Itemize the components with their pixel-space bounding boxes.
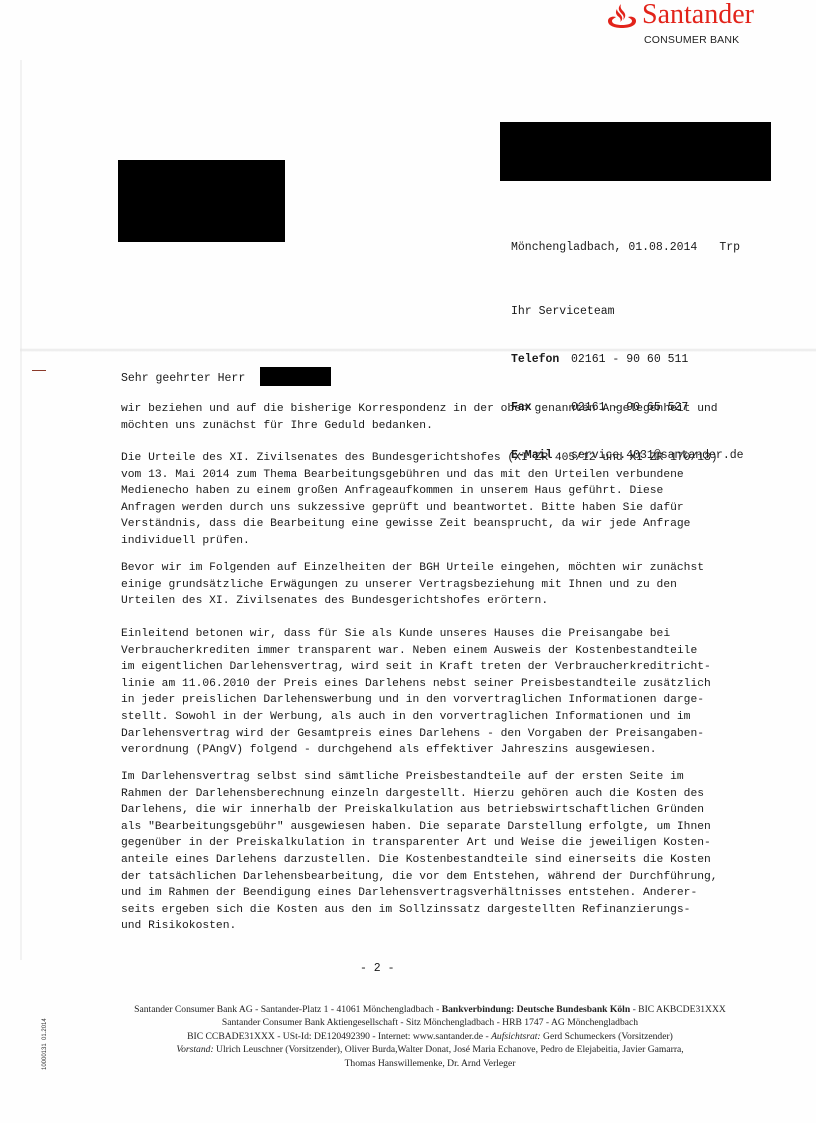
text-line: Die Urteile des XI. Zivilsenates des Bun…	[121, 450, 801, 467]
text-line: Medienecho haben zu einem großen Anfrage…	[121, 483, 801, 500]
page-number: - 2 -	[360, 962, 395, 975]
contact-phone: Telefon02161 - 90 60 511	[511, 352, 744, 368]
text-line: einige grundsätzliche Erwägungen zu unse…	[121, 577, 801, 594]
footer-label: Vorstand:	[176, 1044, 213, 1055]
paragraph-3: Bevor wir im Folgenden auf Einzelheiten …	[121, 560, 801, 610]
text-line: Im Darlehensvertrag selbst sind sämtlich…	[121, 769, 801, 786]
text-line: stellt. Sowohl in der Werbung, als auch …	[121, 709, 801, 726]
footer-line-4: Vorstand: Ulrich Leuschner (Vorsitzender…	[100, 1043, 760, 1056]
text-line: Einleitend betonen wir, dass für Sie als…	[121, 626, 801, 643]
footer-line-3: BIC CCBADE31XXX - USt-Id: DE120492390 - …	[100, 1030, 760, 1043]
text-line: der tatsächlichen Darlehensbearbeitung, …	[121, 869, 801, 886]
reference-code: Trp	[719, 240, 740, 256]
text-line: Urteilen des XI. Zivilsenates des Bundes…	[121, 593, 801, 610]
place-date: Mönchengladbach, 01.08.2014	[511, 241, 697, 254]
brand-subtitle: CONSUMER BANK	[644, 34, 739, 46]
text-line: Darlehens, die wir innerhalb der Preiska…	[121, 802, 801, 819]
text-line: und Risikokosten.	[121, 918, 801, 935]
paragraph-1: wir beziehen und auf die bisherige Korre…	[121, 401, 801, 434]
footer-label: Aufsichtsrat:	[491, 1031, 541, 1042]
santander-logo: Santander CONSUMER BANK	[607, 2, 807, 48]
date-line: Mönchengladbach, 01.08.2014Trp	[511, 240, 744, 256]
text-line: Darlehensvertrag wird der Gesamtpreis ei…	[121, 726, 801, 743]
text-line: in jeder preislichen Darlehenswerbung un…	[121, 692, 801, 709]
footer-text: Gerd Schumeckers (Vorsitzender)	[541, 1031, 673, 1042]
letter-page: Santander CONSUMER BANK Mönchengladbach,…	[0, 0, 816, 1123]
footer-line-2: Santander Consumer Bank Aktiengesellscha…	[100, 1016, 760, 1029]
contact-label: Telefon	[511, 352, 571, 368]
text-line: Rahmen der Darlehensberechnung einzeln d…	[121, 786, 801, 803]
redacted-name	[260, 367, 331, 386]
footer-text: BIC CCBADE31XXX - USt-Id: DE120492390 - …	[187, 1031, 491, 1042]
text-line: linie am 11.06.2010 der Preis eines Darl…	[121, 676, 801, 693]
scan-edge	[20, 60, 22, 960]
text-line: als "Bearbeitungsgebühr" ausgewiesen hab…	[121, 819, 801, 836]
footer-line-5: Thomas Hanswillemenke, Dr. Arnd Verleger	[100, 1057, 760, 1070]
text-line: Anfragen werden durch uns sukzessive gep…	[121, 500, 801, 517]
contact-value: 02161 - 90 60 511	[571, 353, 688, 366]
text-line: anteile eines Darlehens darzustellen. Di…	[121, 852, 801, 869]
text-line: und im Rahmen der Beendigung eines Darle…	[121, 885, 801, 902]
footer-text: - BIC AKBCDE31XXX	[630, 1004, 726, 1015]
text-line: gegenüber in der Preiskalkulation in tra…	[121, 835, 801, 852]
text-line: individuell prüfen.	[121, 533, 801, 550]
text-line: im eigentlichen Darlehensvertrag, wird s…	[121, 659, 801, 676]
text-line: vom 13. Mai 2014 zum Thema Bearbeitungsg…	[121, 467, 801, 484]
text-line: möchten uns zunächst für Ihre Geduld bed…	[121, 418, 801, 435]
salutation: Sehr geehrter Herr	[121, 371, 245, 387]
legal-footer: Santander Consumer Bank AG - Santander-P…	[100, 1003, 760, 1070]
text-line: seits ergeben sich die Kosten aus den im…	[121, 902, 801, 919]
paragraph-5: Im Darlehensvertrag selbst sind sämtlich…	[121, 769, 801, 935]
text-line: Verbraucherkrediten immer transparent wa…	[121, 643, 801, 660]
text-line: Verständnis, dass die Bearbeitung eine g…	[121, 516, 801, 533]
text-line: Bevor wir im Folgenden auf Einzelheiten …	[121, 560, 801, 577]
santander-flame-icon	[607, 3, 637, 29]
footer-text: Ulrich Leuschner (Vorsitzender), Oliver …	[214, 1044, 684, 1055]
text-line: wir beziehen und auf die bisherige Korre…	[121, 401, 801, 418]
text-line: verordnung (PAngV) folgend - durchgehend…	[121, 742, 801, 759]
footer-text: Santander Consumer Bank AG - Santander-P…	[134, 1004, 442, 1015]
brand-name: Santander	[642, 0, 754, 31]
redacted-recipient-block	[500, 122, 771, 181]
form-code: 10000131 01.2014	[42, 1018, 48, 1070]
redacted-address-block	[118, 160, 285, 242]
service-team: Ihr Serviceteam	[511, 304, 744, 320]
paragraph-4: Einleitend betonen wir, dass für Sie als…	[121, 626, 801, 759]
paragraph-2: Die Urteile des XI. Zivilsenates des Bun…	[121, 450, 801, 550]
footer-line-1: Santander Consumer Bank AG - Santander-P…	[100, 1003, 760, 1016]
fold-mark	[32, 370, 46, 371]
footer-bank-connection: Bankverbindung: Deutsche Bundesbank Köln	[442, 1004, 630, 1015]
